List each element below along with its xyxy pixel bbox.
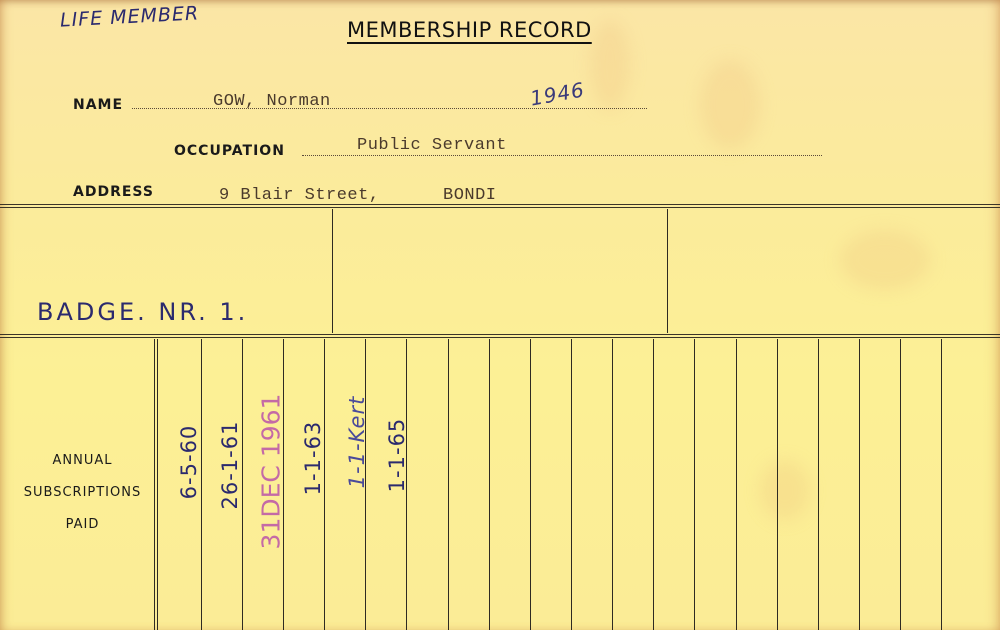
- divider-line: [0, 207, 1000, 208]
- divider-line: [0, 337, 1000, 338]
- year-annotation: 1946: [528, 77, 586, 110]
- grid-line: [530, 339, 531, 630]
- paper-stain: [700, 60, 760, 150]
- grid-line: [859, 339, 860, 630]
- occupation-dotted-line: [302, 155, 822, 156]
- badge-number-note: BADGE. NR. 1.: [37, 298, 248, 326]
- grid-line: [448, 339, 449, 630]
- middle-column-divider: [667, 209, 668, 333]
- membership-record-card: LIFE MEMBER MEMBERSHIP RECORD NAME GOW, …: [0, 0, 1000, 630]
- subscription-entry: 1-1-63: [301, 388, 325, 528]
- paper-stain: [590, 20, 630, 110]
- grid-line: [694, 339, 695, 630]
- grid-line: [653, 339, 654, 630]
- subscriptions-label: SUBSCRIPTIONS: [0, 485, 165, 500]
- life-member-annotation: LIFE MEMBER: [60, 2, 200, 31]
- date-stamp: 31DEC 1961: [257, 387, 286, 557]
- address-street: 9 Blair Street,: [219, 186, 380, 205]
- paper-stain: [760, 460, 810, 520]
- grid-line: [612, 339, 613, 630]
- grid-line: [571, 339, 572, 630]
- name-label: NAME: [73, 97, 123, 113]
- grid-line: [736, 339, 737, 630]
- occupation-value: Public Servant: [357, 136, 507, 155]
- name-value: GOW, Norman: [213, 92, 331, 111]
- grid-line: [777, 339, 778, 630]
- grid-line: [154, 339, 155, 630]
- grid-line: [818, 339, 819, 630]
- grid-line: [900, 339, 901, 630]
- subscription-entry: 1-1-Kert: [345, 367, 369, 517]
- name-dotted-line: [132, 108, 647, 109]
- address-suburb: BONDI: [443, 186, 497, 205]
- subscription-entry: 26-1-61: [218, 395, 242, 535]
- paper-stain: [840, 230, 930, 290]
- grid-line: [201, 339, 202, 630]
- grid-line: [242, 339, 243, 630]
- paid-label: PAID: [0, 517, 165, 532]
- divider-line: [0, 204, 1000, 205]
- grid-line: [157, 339, 158, 630]
- grid-line: [489, 339, 490, 630]
- address-label: ADDRESS: [73, 184, 154, 200]
- divider-line: [0, 334, 1000, 335]
- grid-line: [941, 339, 942, 630]
- annual-label: ANNUAL: [0, 453, 165, 468]
- card-title: MEMBERSHIP RECORD: [347, 18, 592, 42]
- middle-column-divider: [332, 209, 333, 333]
- subscription-entry: 6-5-60: [177, 392, 201, 532]
- subscription-entry: 1-1-65: [385, 385, 409, 525]
- occupation-label: OCCUPATION: [174, 143, 285, 159]
